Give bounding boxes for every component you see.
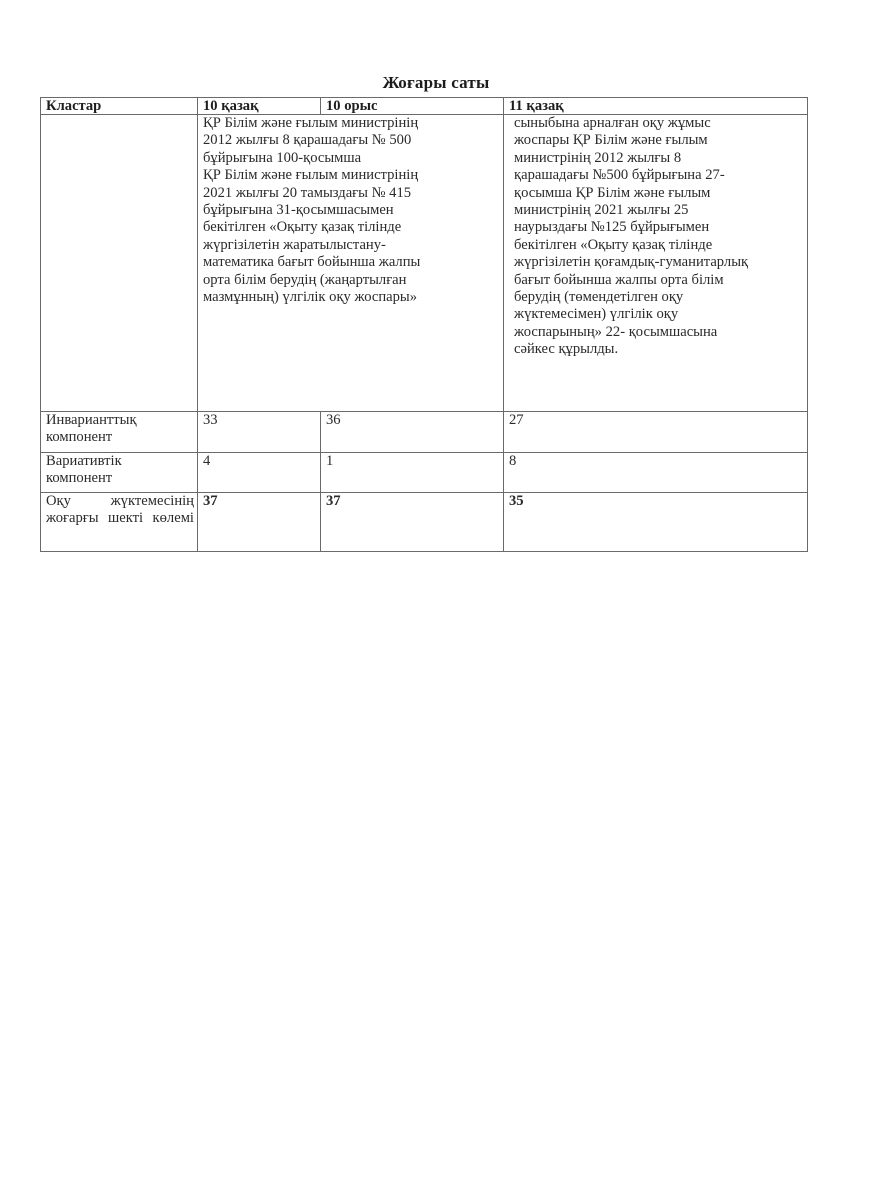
table-row: Оқу жүктемесінің жоғарғы шекті көлемі 37… bbox=[41, 493, 808, 552]
table-row: Вариативтік компонент 4 1 8 bbox=[41, 453, 808, 493]
cell-value: 27 bbox=[504, 412, 808, 453]
cell-cluster-empty bbox=[41, 115, 198, 412]
cell-value-total: 37 bbox=[321, 493, 504, 552]
row-label-invariant: Инварианттық компонент bbox=[41, 412, 198, 453]
table-row: Инварианттық компонент 33 36 27 bbox=[41, 412, 808, 453]
header-11-kazakh: 11 қазақ bbox=[504, 98, 808, 115]
curriculum-table: Кластар 10 қазақ 10 орыс 11 қазақ ҚР Біл… bbox=[40, 97, 808, 552]
cell-10-grade-basis: ҚР Білім және ғылым министрінің 2012 жыл… bbox=[198, 115, 504, 412]
cell-value: 8 bbox=[504, 453, 808, 493]
cell-value: 36 bbox=[321, 412, 504, 453]
header-10-russian: 10 орыс bbox=[321, 98, 504, 115]
cell-value: 4 bbox=[198, 453, 321, 493]
table-row-description: ҚР Білім және ғылым министрінің 2012 жыл… bbox=[41, 115, 808, 412]
cell-value: 33 bbox=[198, 412, 321, 453]
cell-11-grade-basis: сыныбына арналған оқу жұмыс жоспары ҚР Б… bbox=[504, 115, 808, 412]
header-10-kazakh: 10 қазақ bbox=[198, 98, 321, 115]
cell-value-total: 35 bbox=[504, 493, 808, 552]
table-header-row: Кластар 10 қазақ 10 орыс 11 қазақ bbox=[41, 98, 808, 115]
header-cluster: Кластар bbox=[41, 98, 198, 115]
cell-value: 1 bbox=[321, 453, 504, 493]
row-label-max-load: Оқу жүктемесінің жоғарғы шекті көлемі bbox=[41, 493, 198, 552]
cell-value-total: 37 bbox=[198, 493, 321, 552]
row-label-variative: Вариативтік компонент bbox=[41, 453, 198, 493]
page-title: Жоғары саты bbox=[0, 73, 872, 93]
